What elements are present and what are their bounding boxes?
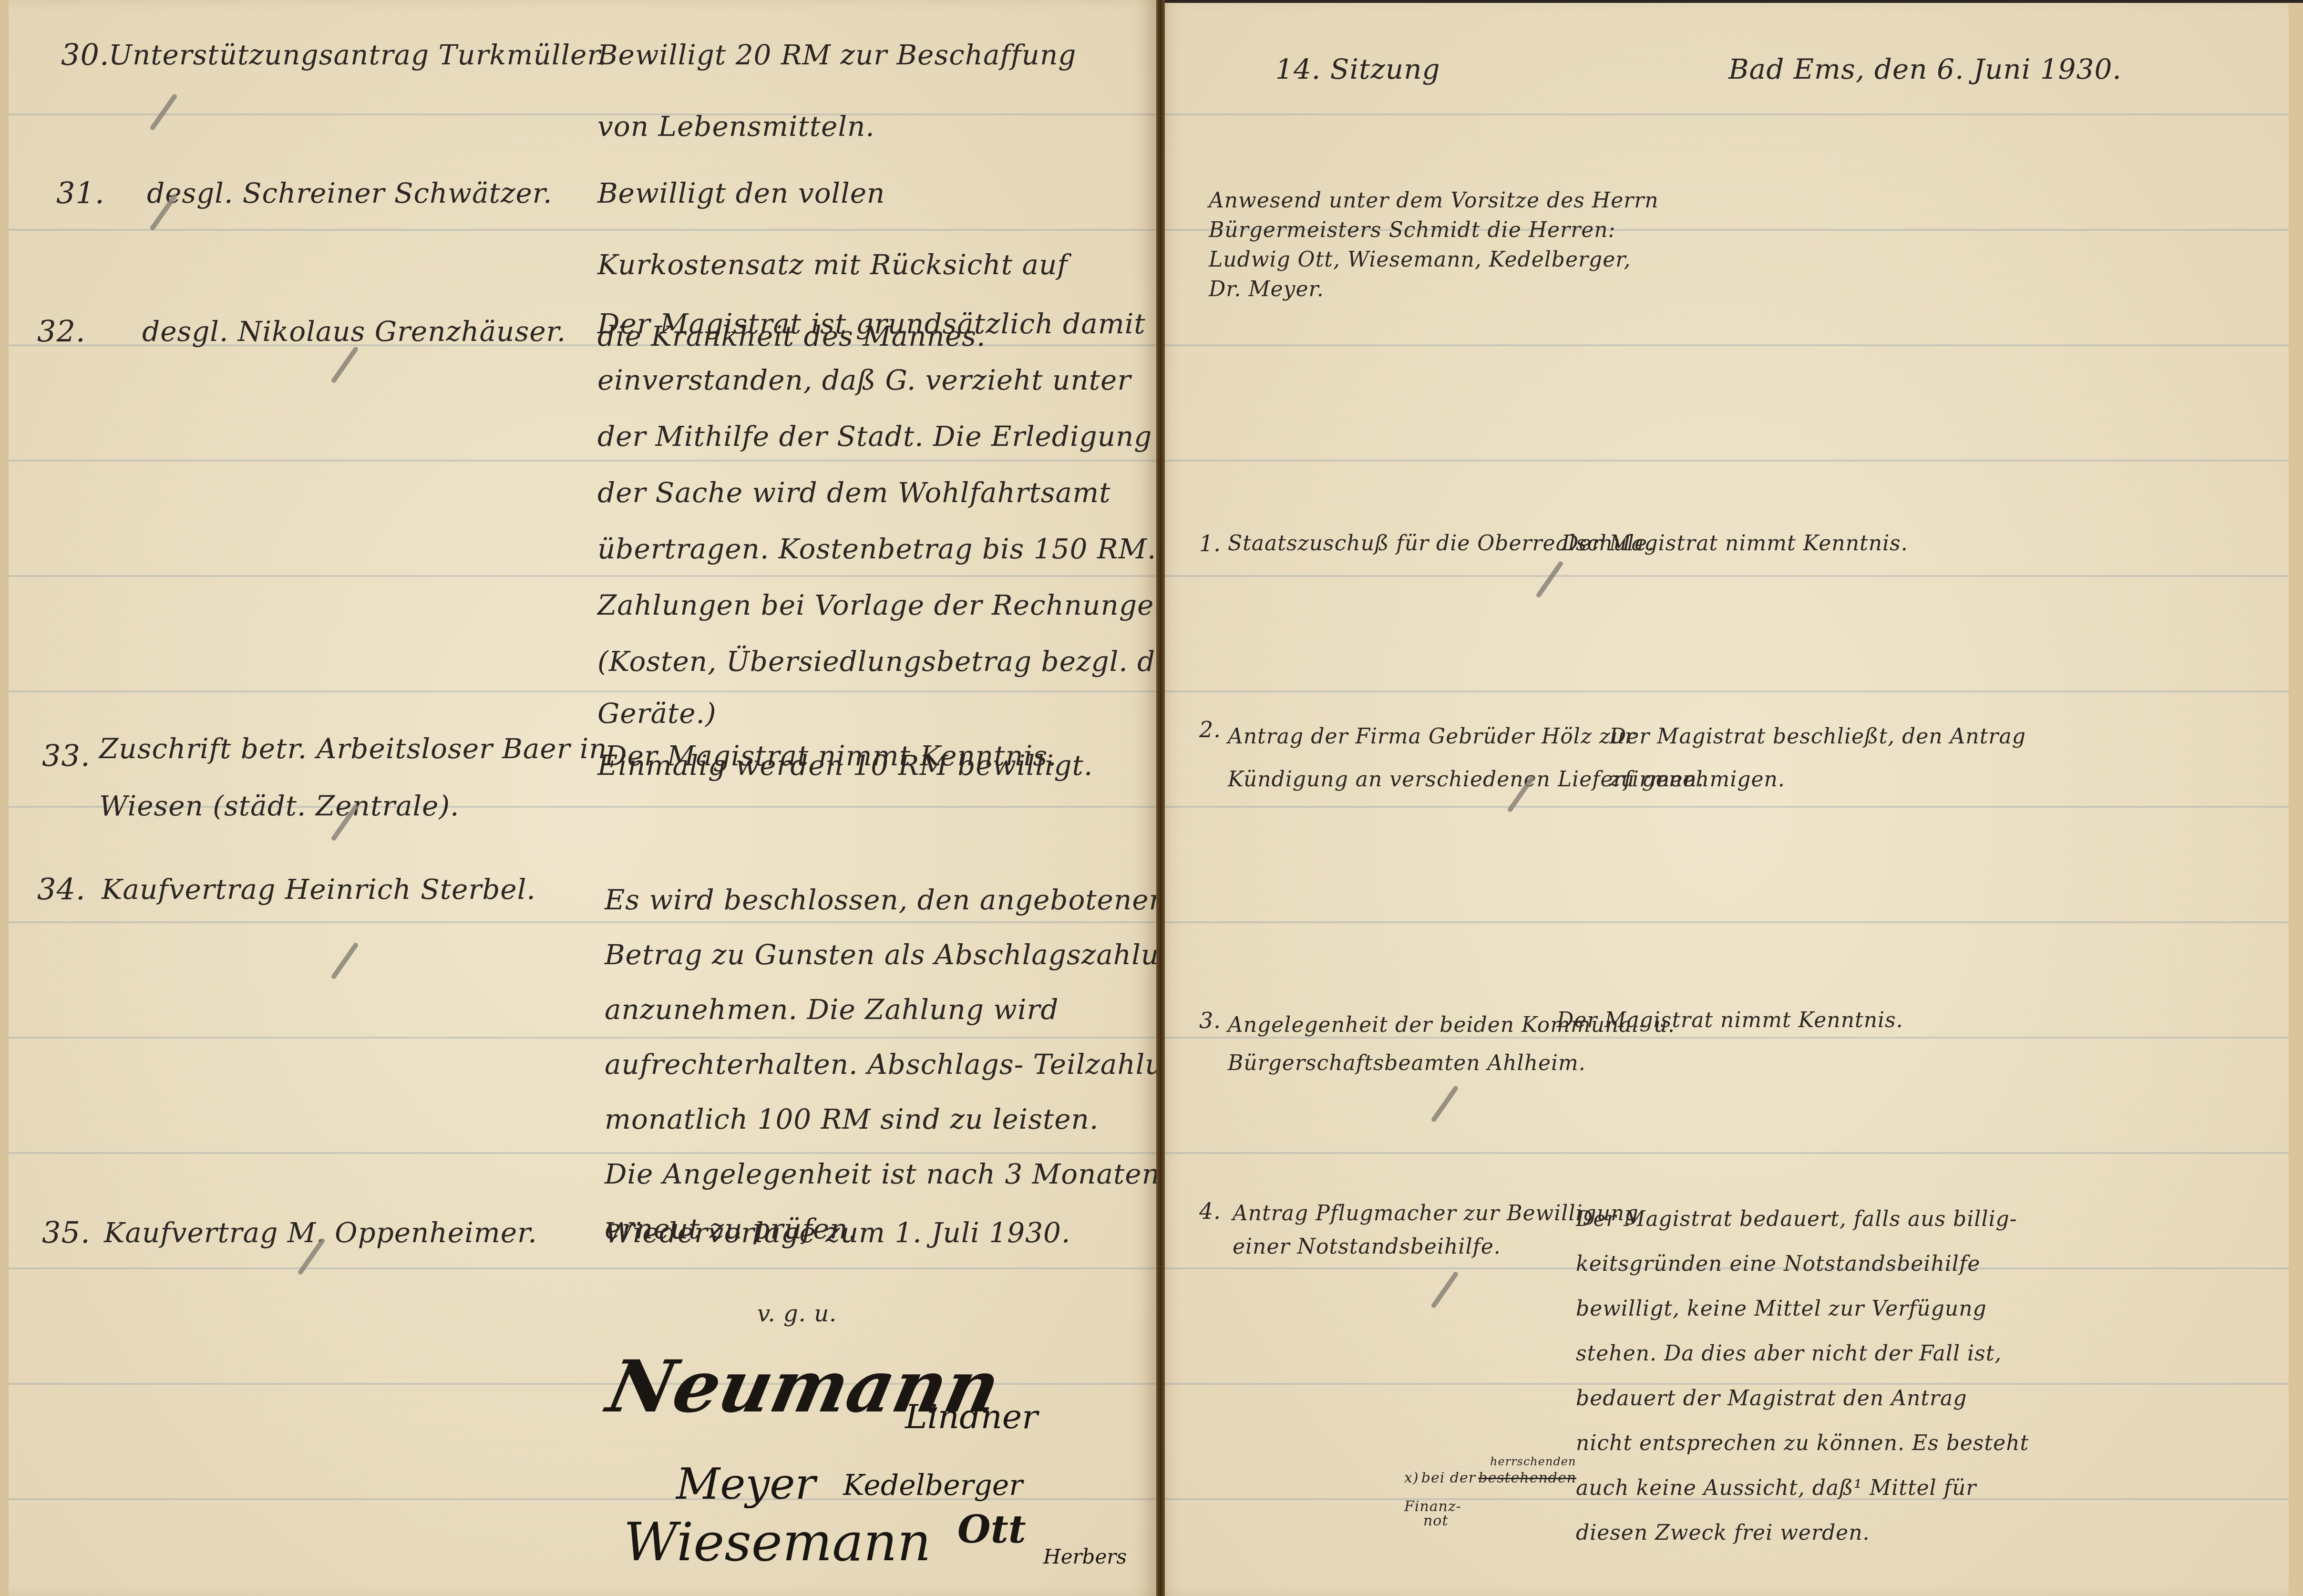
entry-number: 30. bbox=[61, 19, 110, 91]
item-number: 1. bbox=[1199, 529, 1221, 558]
decision-line: der Sache wird dem Wohlfahrtsamt bbox=[597, 464, 1108, 521]
decision-line: Der Magistrat beschließt, den Antrag bbox=[1609, 715, 2086, 758]
decision-line: bewilligt, keine Mittel zur Verfügung bbox=[1576, 1287, 2053, 1331]
item-subject: Angelegenheit der beiden Kommunal- u. Bü… bbox=[1228, 1006, 1562, 1082]
entry-subject: Zuschrift betr. Arbeitsloser Baer in Wie… bbox=[99, 720, 586, 834]
signature: Meyer bbox=[676, 1459, 816, 1509]
item-subject: Antrag Pflugmacher zur Bewilligung einer… bbox=[1233, 1197, 1566, 1264]
subject-line: Zuschrift betr. Arbeitsloser Baer in bbox=[99, 720, 586, 777]
decision-line: Der Magistrat bedauert, falls aus billig… bbox=[1576, 1197, 2053, 1242]
item-decision: Der Magistrat nimmt Kenntnis. bbox=[1557, 1006, 1903, 1035]
pencil-check-icon bbox=[1430, 1085, 1459, 1122]
entry-number: 33. bbox=[42, 720, 91, 792]
attendance-line: Anwesend unter dem Vorsitze des Herrn bbox=[1209, 186, 1829, 216]
decision-line: (Kosten, Übersiedlungsbetrag bezgl. der bbox=[597, 633, 1108, 690]
entry-subject: desgl. Nikolaus Grenzhäuser. bbox=[142, 296, 571, 367]
signature: Lindner bbox=[905, 1397, 1038, 1436]
item-number: 4. bbox=[1199, 1197, 1221, 1225]
entry-subject: desgl. Schreiner Schwätzer. bbox=[147, 157, 576, 229]
decision-line: keitsgründen eine Notstandsbeihilfe bbox=[1576, 1242, 2053, 1287]
decision-line: monatlich 100 RM sind zu leisten. bbox=[605, 1092, 1110, 1147]
pencil-check-icon bbox=[149, 93, 178, 131]
decision-line: stehen. Da dies aber nicht der Fall ist, bbox=[1576, 1331, 2053, 1376]
footnote-text: not bbox=[1423, 1507, 1448, 1535]
pencil-check-icon bbox=[330, 942, 359, 979]
closing-mark: v. g. u. bbox=[757, 1278, 837, 1349]
attendance-line: Ludwig Ott, Wiesemann, Kedelberger, bbox=[1209, 245, 1829, 275]
subject-line: einer Notstandsbeihilfe. bbox=[1233, 1230, 1566, 1264]
footnote-insertion: herrschenden bbox=[1490, 1447, 1576, 1476]
open-ledger-book: 30. Unterstützungsantrag Turkmüller. Bew… bbox=[0, 0, 2303, 1596]
entry-number: 34. bbox=[37, 854, 86, 925]
pencil-check-icon bbox=[1535, 560, 1564, 598]
subject-line: Angelegenheit der beiden Kommunal- u. bbox=[1228, 1006, 1562, 1044]
decision-line: Betrag zu Gunsten als Abschlagszahlung bbox=[605, 927, 1110, 982]
entry-subject: Unterstützungsantrag Turkmüller. bbox=[109, 19, 586, 91]
footnote-marker: x) bbox=[1404, 1470, 1419, 1486]
item-decision: Der Magistrat beschließt, den Antrag zu … bbox=[1609, 715, 2086, 801]
signature: Ott bbox=[957, 1507, 1026, 1552]
signature: Herbers bbox=[1043, 1545, 1127, 1568]
decision-line: Die Angelegenheit ist nach 3 Monaten bbox=[605, 1147, 1110, 1202]
attendance-line: Dr. Meyer. bbox=[1209, 275, 1829, 304]
entry-decision: Wiedervorlage zum 1. Juli 1930. bbox=[605, 1197, 1081, 1268]
decision-line: Es wird beschlossen, den angebotenen bbox=[605, 873, 1110, 927]
decision-line: einverstanden, daß G. verzieht unter bbox=[597, 352, 1108, 408]
left-page: 30. Unterstützungsantrag Turkmüller. Bew… bbox=[0, 0, 1156, 1596]
decision-line: Der Magistrat ist grundsätzlich damit bbox=[597, 296, 1108, 352]
decision-line: zu genehmigen. bbox=[1609, 758, 2086, 801]
attendance-block: Anwesend unter dem Vorsitze des Herrn Bü… bbox=[1209, 186, 1829, 304]
subject-line: Kündigung an verschiedenen Lieferfirmen. bbox=[1228, 758, 1562, 801]
signature: Kedelberger bbox=[843, 1469, 1023, 1502]
footnote-text: bei der bbox=[1421, 1470, 1476, 1486]
entry-subject: Kaufvertrag M. Oppenheimer. bbox=[104, 1197, 581, 1268]
decision-line: auch keine Aussicht, daß¹ Mittel für bbox=[1576, 1466, 2053, 1511]
decision-line: Zahlungen bei Vorlage der Rechnungen. bbox=[597, 577, 1108, 633]
subject-line: Antrag Pflugmacher zur Bewilligung bbox=[1233, 1197, 1566, 1230]
decision-line: der Mithilfe der Stadt. Die Erledigung bbox=[597, 408, 1108, 464]
session-place-date: Bad Ems, den 6. Juni 1930. bbox=[1728, 33, 2122, 105]
entry-decision: Der Magistrat nimmt Kenntnis. bbox=[605, 720, 1081, 792]
item-decision: Der Magistrat nimmt Kenntnis. bbox=[1562, 529, 1908, 558]
item-subject: Antrag der Firma Gebrüder Hölz zur Kündi… bbox=[1228, 715, 1562, 801]
right-page: 14. Sitzung Bad Ems, den 6. Juni 1930. A… bbox=[1156, 0, 2303, 1596]
entry-number: 32. bbox=[37, 296, 86, 367]
item-number: 2. bbox=[1199, 715, 1221, 744]
entry-number: 31. bbox=[56, 157, 105, 229]
decision-line: nicht entsprechen zu können. Es besteht bbox=[1576, 1421, 2053, 1466]
decision-line: bedauert der Magistrat den Antrag bbox=[1576, 1376, 2053, 1421]
decision-line: diesen Zweck frei werden. bbox=[1576, 1511, 2053, 1555]
entry-subject: Kaufvertrag Heinrich Sterbel. bbox=[102, 854, 578, 925]
signature: Wiesemann bbox=[624, 1512, 931, 1573]
subject-line: Antrag der Firma Gebrüder Hölz zur bbox=[1228, 715, 1562, 758]
entry-number: 35. bbox=[42, 1197, 91, 1268]
item-decision: Der Magistrat bedauert, falls aus billig… bbox=[1576, 1197, 2053, 1555]
attendance-line: Bürgermeisters Schmidt die Herren: bbox=[1209, 216, 1829, 245]
book-cover-edge bbox=[1165, 0, 2303, 3]
item-number: 3. bbox=[1199, 1006, 1221, 1035]
decision-line: übertragen. Kostenbetrag bis 150 RM. bbox=[597, 521, 1108, 577]
book-spine-gutter bbox=[1156, 0, 1165, 1596]
decision-line: anzunehmen. Die Zahlung wird bbox=[605, 982, 1110, 1037]
session-number: 14. Sitzung bbox=[1275, 33, 1440, 105]
decision-line: aufrechterhalten. Abschlags- Teilzahlung… bbox=[605, 1037, 1110, 1092]
entry-decision: Der Magistrat ist grundsätzlich damit ei… bbox=[597, 296, 1108, 793]
subject-line: Bürgerschaftsbeamten Ahlheim. bbox=[1228, 1044, 1562, 1082]
entry-decision: Bewilligt 20 RM zur Beschaffung von Lebe… bbox=[597, 19, 1098, 162]
pencil-check-icon bbox=[1430, 1271, 1459, 1308]
